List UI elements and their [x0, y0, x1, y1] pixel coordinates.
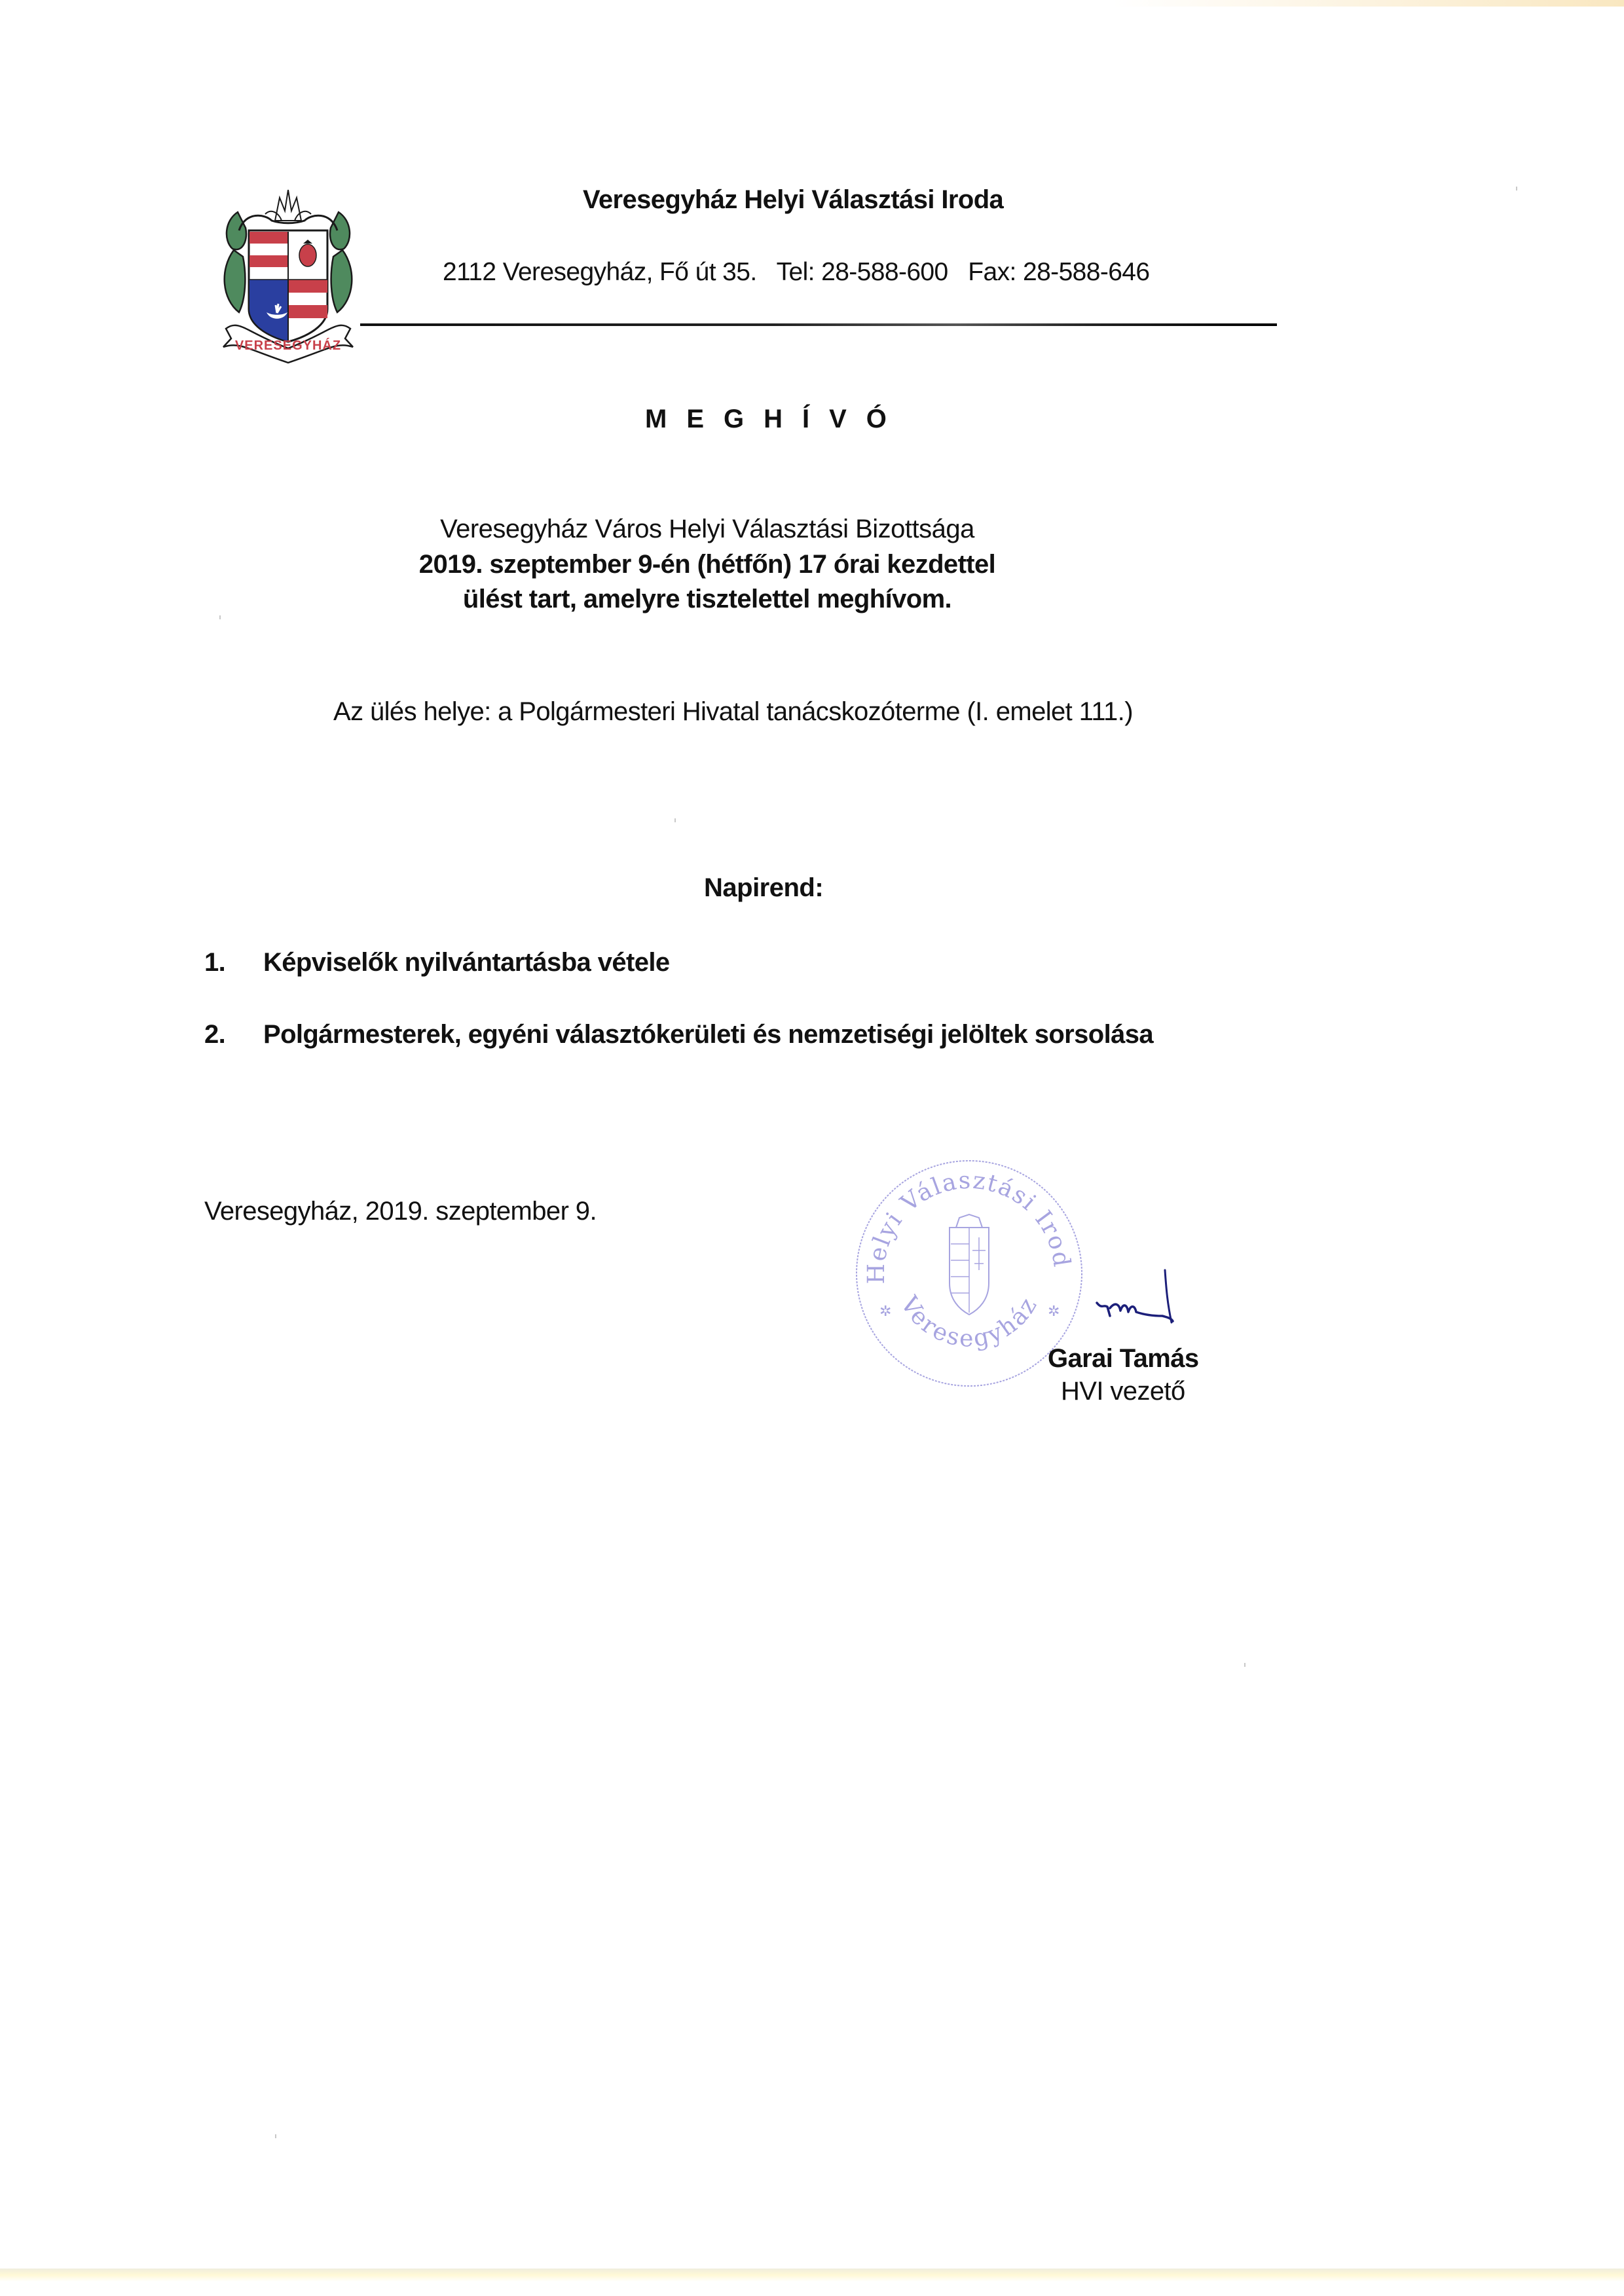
- agenda-item: 2.Polgármesterek, egyéni választókerület…: [204, 1020, 1153, 1049]
- venue-text: Az ülés helye: a Polgármesteri Hivatal t…: [333, 697, 1133, 727]
- scan-speck: [674, 818, 676, 822]
- agenda-item: 1.Képviselők nyilvántartásba vétele: [204, 948, 670, 977]
- scan-speck: [219, 615, 221, 619]
- signatory-name: Garai Tamás: [1048, 1344, 1199, 1374]
- scan-artifact-top: [1113, 0, 1624, 7]
- invitation-line-1: Veresegyház Város Helyi Választási Bizot…: [0, 515, 1414, 544]
- organization-address: 2112 Veresegyház, Fő út 35. Tel: 28-588-…: [443, 258, 1150, 287]
- agenda-item-number: 1.: [204, 948, 263, 977]
- agenda-item-number: 2.: [204, 1020, 263, 1049]
- scan-speck: [1244, 1663, 1246, 1667]
- agenda-item-text: Polgármesterek, egyéni választókerületi …: [263, 1020, 1153, 1049]
- document-page: VERESEGYHÁZ Veresegyház Helyi Választási…: [0, 0, 1624, 2296]
- svg-text:✲: ✲: [879, 1303, 891, 1319]
- coat-of-arms-icon: VERESEGYHÁZ: [219, 185, 357, 365]
- invitation-line-3: ülést tart, amelyre tisztelettel meghívo…: [0, 585, 1414, 614]
- scan-speck: [275, 2134, 276, 2138]
- place-and-date: Veresegyház, 2019. szeptember 9.: [204, 1197, 597, 1226]
- svg-text:✲: ✲: [1048, 1303, 1060, 1319]
- header-divider: [360, 323, 1277, 326]
- scan-artifact-bottom: [0, 2269, 1624, 2282]
- document-title: MEGHÍVÓ: [645, 405, 906, 434]
- signatory-role: HVI vezető: [1061, 1377, 1185, 1406]
- agenda-heading: Napirend:: [704, 873, 823, 903]
- svg-text:VERESEGYHÁZ: VERESEGYHÁZ: [235, 338, 341, 353]
- signature-icon: [1090, 1264, 1228, 1336]
- organization-name: Veresegyház Helyi Választási Iroda: [583, 185, 1003, 215]
- svg-text:Helyi Választási Iroda: Helyi Választási Iroda: [848, 1152, 1075, 1284]
- scan-speck: [1516, 187, 1517, 191]
- invitation-line-2: 2019. szeptember 9-én (hétfőn) 17 órai k…: [0, 550, 1414, 579]
- agenda-item-text: Képviselők nyilvántartásba vétele: [263, 948, 670, 977]
